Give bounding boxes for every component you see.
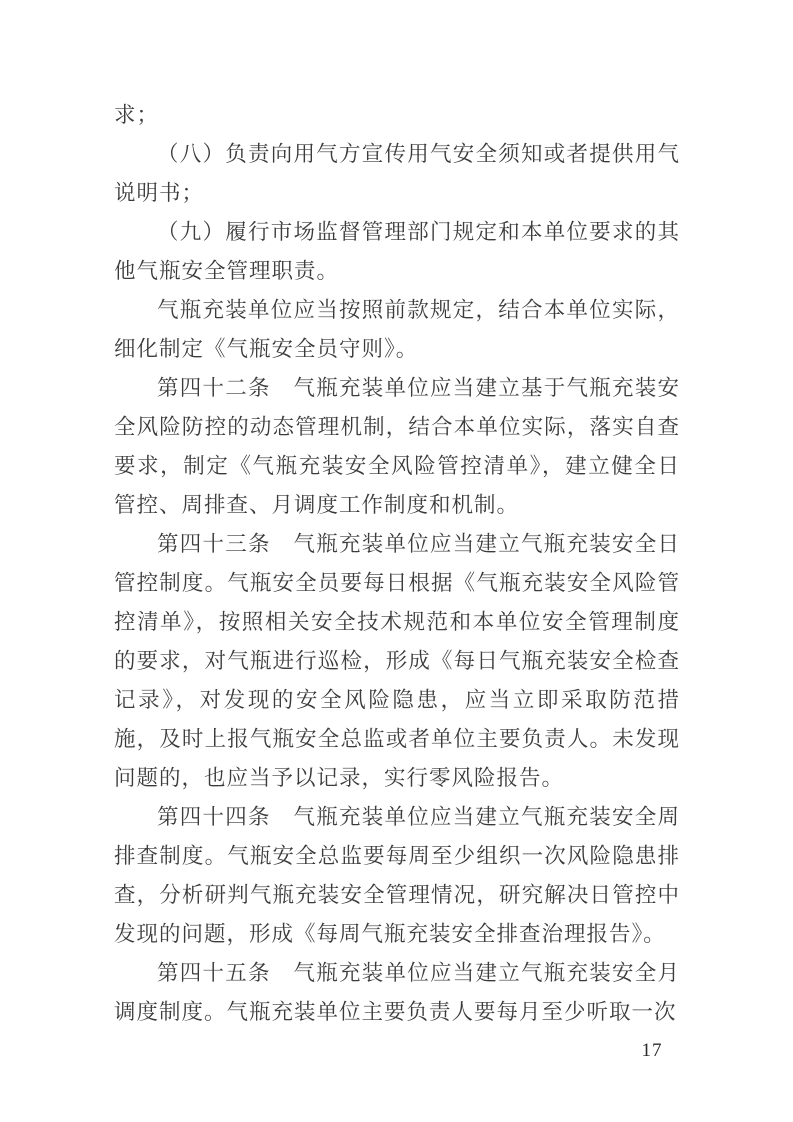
document-page: 求； （八）负责向用气方宣传用气安全须知或者提供用气说明书； （九）履行市场监督… — [0, 0, 793, 1122]
paragraph-article-42: 第四十二条 气瓶充装单位应当建立基于气瓶充装安全风险防控的动态管理机制，结合本单… — [114, 369, 680, 525]
paragraph-article-43: 第四十三条 气瓶充装单位应当建立气瓶充装安全日管控制度。气瓶安全员要每日根据《气… — [114, 525, 680, 798]
paragraph-item-8: （八）负责向用气方宣传用气安全须知或者提供用气说明书； — [114, 135, 680, 213]
paragraph-article-45: 第四十五条 气瓶充装单位应当建立气瓶充装安全月调度制度。气瓶充装单位主要负责人要… — [114, 954, 680, 1032]
document-text-block: 求； （八）负责向用气方宣传用气安全须知或者提供用气说明书； （九）履行市场监督… — [114, 96, 680, 1032]
paragraph-article-44: 第四十四条 气瓶充装单位应当建立气瓶充装安全周排查制度。气瓶安全总监要每周至少组… — [114, 798, 680, 954]
paragraph-shouze: 气瓶充装单位应当按照前款规定，结合本单位实际，细化制定《气瓶安全员守则》。 — [114, 291, 680, 369]
paragraph-continuation: 求； — [114, 96, 680, 135]
page-number: 17 — [630, 1040, 674, 1062]
paragraph-item-9: （九）履行市场监督管理部门规定和本单位要求的其他气瓶安全管理职责。 — [114, 213, 680, 291]
